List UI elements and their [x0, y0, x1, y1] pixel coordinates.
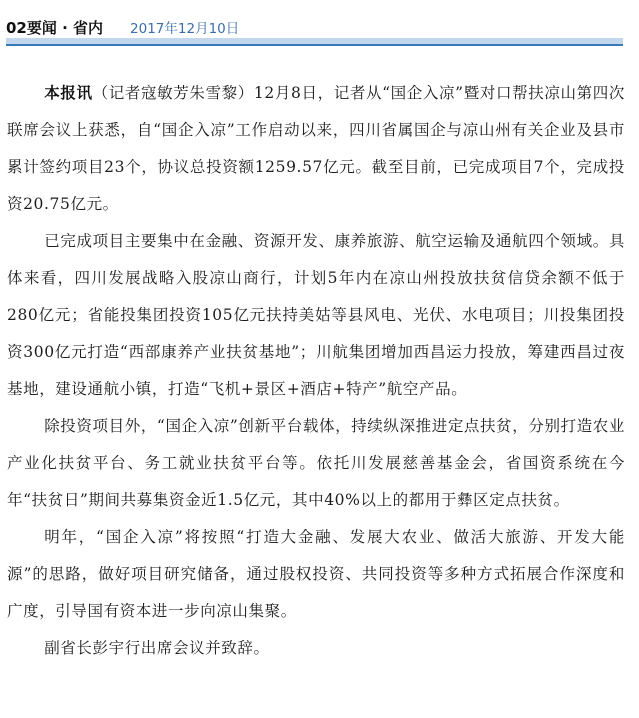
article-paragraph-3: 除投资项目外，“国企入凉”创新平台载体，持续纵深推进定点扶贫，分别打造农业产业化… [7, 408, 625, 519]
section-header: 02要闻 · 省内 2017年12月10日 [6, 14, 239, 38]
section-title: 02要闻 · 省内 [6, 17, 103, 38]
header-divider-bar [6, 38, 623, 46]
dateline-lead: 本报讯 [44, 83, 92, 102]
article-body: 本报讯（记者寇敏芳朱雪黎）12月8日，记者从“国企入凉”暨对口帮扶凉山第四次联席… [7, 74, 625, 667]
article-paragraph-2: 已完成项目主要集中在金融、资源开发、康养旅游、航空运输及通航四个领域。具体来看，… [7, 223, 625, 408]
article-paragraph-1: 本报讯（记者寇敏芳朱雪黎）12月8日，记者从“国企入凉”暨对口帮扶凉山第四次联席… [7, 74, 625, 223]
article-paragraph-4: 明年，“国企入凉”将按照“打造大金融、发展大农业、做活大旅游、开发大能源”的思路… [7, 519, 625, 630]
article-paragraph-5: 副省长彭宇行出席会议并致辞。 [7, 630, 625, 667]
paragraph-text: （记者寇敏芳朱雪黎）12月8日，记者从“国企入凉”暨对口帮扶凉山第四次联席会议上… [7, 84, 625, 213]
publication-date: 2017年12月10日 [130, 17, 239, 37]
